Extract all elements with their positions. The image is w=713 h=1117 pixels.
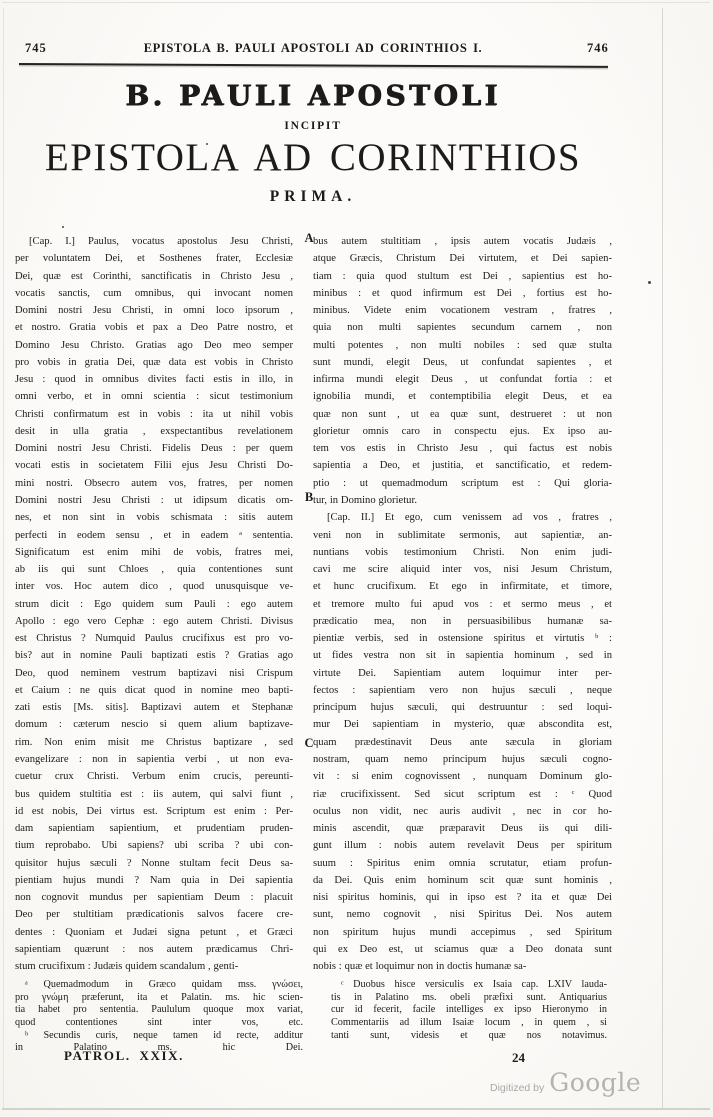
text-line: qui ex Deo est, ut sciamus quæ a Deo don…	[313, 941, 612, 958]
text-line: stum crucifixum : Judæis quidem scandalu…	[15, 958, 293, 975]
watermark-prefix-label: Digitized by	[490, 1082, 544, 1094]
text-line: tis in Palatino ms. obeli præfixi sunt. …	[331, 992, 607, 1005]
text-line: nes, et non sint in vobis schismata : si…	[15, 509, 293, 526]
text-line: omni verbo, et in omni scientia : sicut …	[15, 388, 293, 405]
scan-edge-top	[2, 2, 710, 3]
text-line: evangelizare : non in sapientia verbi , …	[15, 751, 293, 768]
text-line: veni non in sublimitate sermonis, aut sa…	[313, 527, 612, 544]
text-line: quia non multi sapientes secundum carnem…	[313, 319, 612, 336]
text-line: tem vos estis in Christo Jesu , qui fact…	[313, 440, 612, 457]
text-line: sunt mundi, elegit Deus, ut confundat sa…	[313, 354, 612, 371]
google-logo: Google	[549, 1068, 641, 1097]
text-line: quæ non sunt , ut ea quæ sunt, destruere…	[313, 406, 612, 423]
running-title: EPISTOLA B. PAULI APOSTOLI AD CORINTHIOS…	[144, 41, 483, 56]
text-line: tiam : quia quod stultum est Dei , sapie…	[313, 268, 612, 285]
text-line: desit in ulla gratia , exspectantibus re…	[15, 423, 293, 440]
epistle-title: EPISTOLA AD CORINTHIOS	[45, 135, 581, 180]
text-line: quam prædestinavit Deus ante sæcula in g…	[313, 734, 612, 751]
text-line: Domino Jesu Christo. Gratias ago Deo meo…	[15, 337, 293, 354]
text-line: sunt, nemo cognovit , nisi Spiritus Dei.…	[313, 906, 612, 923]
text-line: pientiam hujus mundi ? Nam quia in Dei s…	[15, 872, 293, 889]
text-line: minibus : et quod infirmum est Dei , for…	[313, 285, 612, 302]
footnote-right-column: ᶜ Duobus hisce versiculis ex Isaia cap. …	[331, 979, 607, 1042]
text-line: [Cap. I.] Paulus, vocatus apostolus Jesu…	[15, 233, 293, 250]
text-line: tia habet pro sententia. Paululum quoque…	[15, 1004, 303, 1017]
sheet-number: 24	[512, 1050, 525, 1066]
text-line: est Christus ? Numquid Paulus crucifixus…	[15, 630, 293, 647]
text-line: minis ascendit, quæ præparavit Deus iis …	[313, 820, 612, 837]
scan-edge-right	[662, 8, 663, 1108]
text-line: bus autem stultitiam , ipsis autem vocat…	[313, 233, 612, 250]
text-line: Dei, quæ est Corinthi, sanctificatis in …	[15, 268, 293, 285]
text-line: zati estis [Ms. sitis]. Baptizavi autem …	[15, 699, 293, 716]
text-line: perfecti in eodem sensu , et in eadem ᵃ …	[15, 527, 293, 544]
text-line: suum : Spiritus enim omnia scrutatur, et…	[313, 855, 612, 872]
text-line: domum : cæterum nescio si quem alium bap…	[15, 716, 293, 733]
text-line: virtute Dei. Sapientiam autem loquimur i…	[313, 665, 612, 682]
volume-signature: PATROL. XXIX.	[64, 1048, 184, 1064]
text-line: pro γνώμη præferunt, ita et Palatin. ms.…	[15, 992, 303, 1005]
text-line: dam sapientiam sapientium, et prudentiam…	[15, 820, 293, 837]
text-line: et nostro. Gratia vobis et pax a Deo Pat…	[15, 319, 293, 336]
scan-edge-bottom	[2, 1108, 710, 1110]
text-line: vocati estis in societatem Filii ejus Je…	[15, 457, 293, 474]
text-line: prædicatio mea, non in persuasibilibus h…	[313, 613, 612, 630]
text-line: bis? aut in nomine Pauli baptizati estis…	[15, 647, 293, 664]
text-line: Christi confirmatum est in vobis : ita u…	[15, 406, 293, 423]
text-line: [Cap. II.] Et ego, cum venissem ad vos ,…	[313, 509, 612, 526]
text-line: glorietur omnis caro in conspectu ejus. …	[313, 423, 612, 440]
text-line: Domini nostri Jesu Christi, in omni loco…	[15, 302, 293, 319]
text-line: oculus non vidit, nec auris audivit , ne…	[313, 803, 612, 820]
left-column: [Cap. I.] Paulus, vocatus apostolus Jesu…	[15, 233, 293, 975]
text-line: ᶜ Duobus hisce versiculis ex Isaia cap. …	[331, 979, 607, 992]
text-line: pro vobis in gratia Dei, quæ data est vo…	[15, 354, 293, 371]
text-line: non cognovit mundus per sapientiam Deum …	[15, 889, 293, 906]
digitization-watermark: Digitized by Google	[490, 1068, 641, 1097]
footnote-left-column: ᵃ Quemadmodum in Græco quidam mss. γνώσε…	[15, 979, 303, 1055]
text-line: cavi me scire aliquid inter vos, nisi Je…	[313, 561, 612, 578]
text-line: gunt illum : nobis autem revelavit Deus …	[313, 837, 612, 854]
text-line: per voluntatem Dei, et Sosthenes frater,…	[15, 250, 293, 267]
text-line: rim. Non enim misit me Christus baptizar…	[15, 734, 293, 751]
text-line: Jesu : quod in omnibus divites facti est…	[15, 371, 293, 388]
page-number-left: 745	[25, 41, 47, 56]
text-line: nisi spiritus hominis, qui in ipso est ?…	[313, 889, 612, 906]
text-line: ab iis qui sunt Chloes , quia contention…	[15, 561, 293, 578]
text-line: nuntians vobis testimonium Christi. Non …	[313, 544, 612, 561]
text-line: Domini nostri Jesu Christi : ut idipsum …	[15, 492, 293, 509]
text-line: multi potentes , non multi nobiles : sed…	[313, 337, 612, 354]
text-line: bus quidem stultitia est : iis autem, qu…	[15, 786, 293, 803]
text-line: ut fides vestra non sit in sapientia hom…	[313, 647, 612, 664]
text-line: fectos : sapientiam vero non hujus sæcul…	[313, 682, 612, 699]
text-line: Deo, quod neminem vestrum baptizavi nisi…	[15, 665, 293, 682]
text-line: sapientiam quærunt : nos autem prædicamu…	[15, 941, 293, 958]
text-line: cuetur crux Christi. Verbum enim crucis,…	[15, 768, 293, 785]
text-line: quod contentiones sint inter vos, etc.	[15, 1017, 303, 1030]
text-line: Domini nostri Jesu Christi. Fidelis Deus…	[15, 440, 293, 457]
scanned-book-page: 745 EPISTOLA B. PAULI APOSTOLI AD CORINT…	[0, 0, 713, 1117]
text-line: et hunc crucifixum. Et ego in infirmitat…	[313, 578, 612, 595]
ink-speck	[648, 281, 651, 284]
text-line: nobis : quæ et loquimur non in doctis hu…	[313, 958, 612, 975]
text-line: id est nobis, Dei virtus est. Scriptum e…	[15, 803, 293, 820]
text-line: atque Græcis, Christum Dei virtutem, et …	[313, 250, 612, 267]
text-line: sapientia a Deo, et justitia, et sanctif…	[313, 457, 612, 474]
column-marker-b: B	[298, 490, 320, 505]
text-line: et Caium : ne quis dicat quod in nomine …	[15, 682, 293, 699]
scan-edge-left	[3, 8, 4, 1108]
text-line: ignobilia mundi, et contemptibilia elegi…	[313, 388, 612, 405]
text-line: ᵃ Quemadmodum in Græco quidam mss. γνώσε…	[15, 979, 303, 992]
text-line: vocatis sanctis, cum omnibus, qui invoca…	[15, 285, 293, 302]
main-title: B. PAULI APOSTOLI	[125, 79, 501, 112]
text-line: mur Dei sapientiam in mysterio, quæ absc…	[313, 716, 612, 733]
text-line: cur id fecerit, facile intelliges ex ips…	[331, 1004, 607, 1017]
epistle-subtitle: PRIMA.	[270, 188, 356, 206]
text-line: minibus. Videte enim vocationem vestram …	[313, 302, 612, 319]
text-line: et tremore multo fui apud vos : et sermo…	[313, 596, 612, 613]
right-column: bus autem stultitiam , ipsis autem vocat…	[313, 233, 612, 975]
page-number-right: 746	[587, 41, 609, 56]
text-line: ᵇ Secundis curis, neque tamen id recte, …	[15, 1030, 303, 1043]
ink-speck	[62, 226, 64, 228]
text-body: [Cap. I.] Paulus, vocatus apostolus Jesu…	[15, 233, 612, 978]
text-line: quisitor hujus sæculi ? Nonne stultam fe…	[15, 855, 293, 872]
column-marker-a: A	[298, 231, 320, 246]
text-line: Significatum est enim mihi de vobis, fra…	[15, 544, 293, 561]
text-line: tium reprobabo. Ubi sapiens? ubi scriba …	[15, 837, 293, 854]
text-line: infirma mundi elegit Deus , ut confundat…	[313, 371, 612, 388]
text-line: vit : si enim cognovissent , nunquam Dom…	[313, 768, 612, 785]
text-line: principum hujus sæculi, qui destruuntur …	[313, 699, 612, 716]
text-line: pientiæ verbis, sed in ostensione spirit…	[313, 630, 612, 647]
text-line: nostram, quam nemo principum hujus sæcul…	[313, 751, 612, 768]
text-line: mini nostri. Obsecro autem vos, fratres,…	[15, 475, 293, 492]
text-line: inter vos. Hoc autem dico , quod unusqui…	[15, 578, 293, 595]
text-line: non spiritum hujus mundi accepimus , sed…	[313, 924, 612, 941]
text-line: da Dei. Quis enim hominum scit quæ sunt …	[313, 872, 612, 889]
column-marker-c: C	[298, 736, 320, 751]
incipit-label: INCIPIT	[284, 120, 341, 132]
text-line: riæ crucifixissent. Sed sicut scriptum e…	[313, 786, 612, 803]
text-line: ptio : ut quemadmodum scriptum est : Qui…	[313, 475, 612, 492]
text-line: dentes : Quoniam et Judæi signa petunt ,…	[15, 924, 293, 941]
text-line: strum dicit : Ego quidem sum Pauli : ego…	[15, 596, 293, 613]
running-head: 745 EPISTOLA B. PAULI APOSTOLI AD CORINT…	[0, 41, 713, 57]
header-rule	[19, 63, 608, 68]
text-line: tur, in Domino glorietur.	[313, 492, 612, 509]
text-line: Apollo : ego vero Cephæ : ego autem Chri…	[15, 613, 293, 630]
text-line: tanti sunt, videsis et quæ nos notavimus…	[331, 1030, 607, 1043]
text-line: Deo per stultitiam prædicationis salvos …	[15, 906, 293, 923]
text-line: Commentariis ad illum Isaiæ locum , in q…	[331, 1017, 607, 1030]
